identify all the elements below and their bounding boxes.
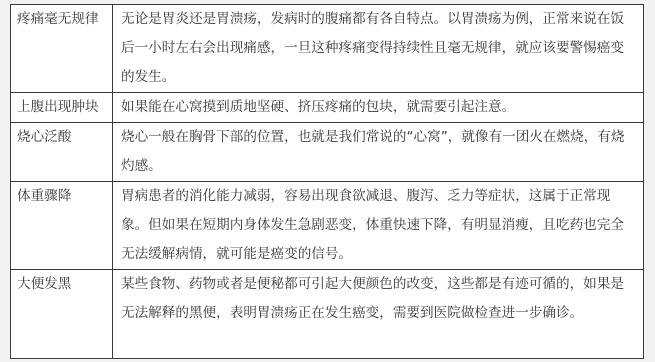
symptom-table: 疼痛毫无规律 无论是胃炎还是胃溃疡，发病时的腹痛都有各自特点。以胃溃疡为例，正常… xyxy=(10,4,644,359)
table-row: 体重骤降 胃病患者的消化能力减弱，容易出现食欲减退、腹泻、乏力等症状，这属于正常… xyxy=(11,182,644,270)
table-row: 上腹出现肿块 如果能在心窝摸到质地坚硬、挤压疼痛的包块，就需要引起注意。 xyxy=(11,93,644,123)
description-cell: 烧心一般在胸骨下部的位置，也就是我们常说的“心窝”，就像有一团火在燃烧，有烧灼感… xyxy=(113,123,644,182)
description-cell: 某些食物、药物或者是便秘都可引起大便颜色的改变，这些都是有迹可循的，如果是无法解… xyxy=(113,270,644,359)
description-cell: 胃病患者的消化能力减弱，容易出现食欲减退、腹泻、乏力等症状，这属于正常现象。但如… xyxy=(113,182,644,270)
description-cell: 无论是胃炎还是胃溃疡，发病时的腹痛都有各自特点。以胃溃疡为例，正常来说在饭后一小… xyxy=(113,5,644,93)
symptom-cell: 疼痛毫无规律 xyxy=(11,5,113,93)
symptom-cell: 上腹出现肿块 xyxy=(11,93,113,123)
table-row: 疼痛毫无规律 无论是胃炎还是胃溃疡，发病时的腹痛都有各自特点。以胃溃疡为例，正常… xyxy=(11,5,644,93)
table-row: 大便发黑 某些食物、药物或者是便秘都可引起大便颜色的改变，这些都是有迹可循的，如… xyxy=(11,270,644,359)
symptom-table-container: 疼痛毫无规律 无论是胃炎还是胃溃疡，发病时的腹痛都有各自特点。以胃溃疡为例，正常… xyxy=(10,4,644,359)
table-row: 烧心泛酸 烧心一般在胸骨下部的位置，也就是我们常说的“心窝”，就像有一团火在燃烧… xyxy=(11,123,644,182)
symptom-cell: 体重骤降 xyxy=(11,182,113,270)
description-cell: 如果能在心窝摸到质地坚硬、挤压疼痛的包块，就需要引起注意。 xyxy=(113,93,644,123)
symptom-cell: 大便发黑 xyxy=(11,270,113,359)
symptom-cell: 烧心泛酸 xyxy=(11,123,113,182)
